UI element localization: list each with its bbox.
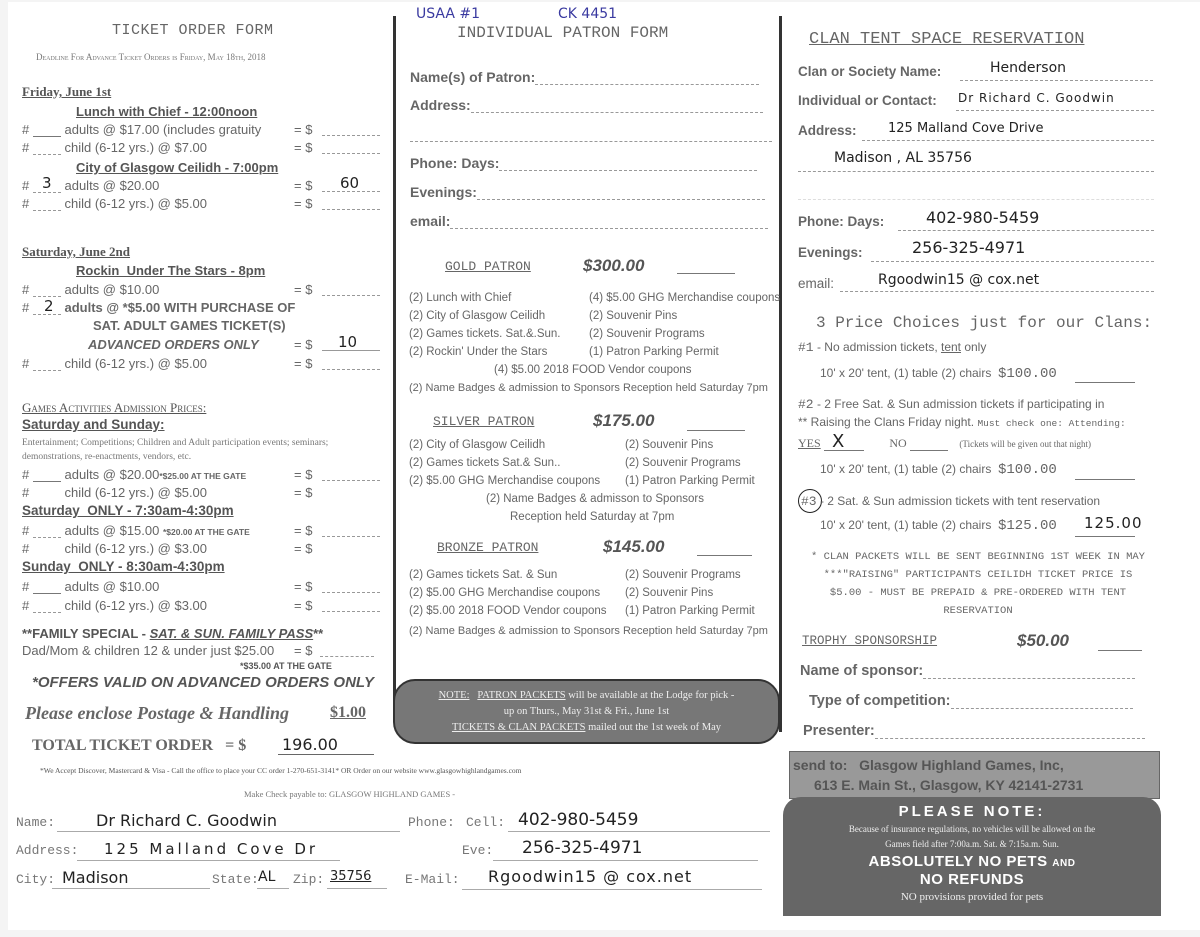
gold-patron-price: $300.00	[583, 256, 644, 276]
competition-type-input[interactable]	[951, 697, 1133, 709]
clan-form-title: CLAN TENT SPACE RESERVATION	[809, 30, 1084, 49]
patron-email-input[interactable]	[450, 217, 768, 229]
patron-name-input[interactable]	[535, 73, 759, 85]
lunch-adults-qty[interactable]	[33, 124, 61, 137]
silver-patron-title: SILVER PATRON	[433, 414, 534, 429]
attending-no-box[interactable]	[910, 437, 948, 451]
patron-address-line2[interactable]	[410, 141, 772, 142]
sunonly-adults-qty[interactable]	[33, 581, 61, 594]
patron-email-field: email:	[410, 213, 768, 229]
family-pass-row: Dad/Mom & children 12 & under just $25.0…	[22, 643, 382, 661]
trophy-title: TROPHY SPONSORSHIP	[802, 634, 937, 648]
contact-email-value[interactable]: Rgoodwin15 @ cox.net	[488, 867, 692, 886]
ceilidh-event: City of Glasgow Ceilidh - 7:00pm	[76, 160, 278, 175]
rockin-child-row: # child (6-12 yrs.) @ $5.00 = $	[22, 356, 382, 374]
satonly-child-row: # child (6-12 yrs.) @ $3.00 = $	[22, 541, 382, 559]
satsun-child-amount[interactable]	[322, 485, 380, 499]
satsun-adults-amount[interactable]	[322, 467, 380, 481]
patron-phone-input[interactable]	[499, 159, 757, 171]
sat-sun-heading: Saturday and Sunday:	[22, 417, 165, 432]
patron-evenings-input[interactable]	[477, 188, 765, 200]
friday-heading: Friday, June 1st	[22, 84, 111, 100]
lunch-child-row: # child (6-12 yrs.) @ $7.00 = $	[22, 140, 382, 158]
choice-1-amount[interactable]	[1075, 382, 1135, 383]
sunonly-child-row: # child (6-12 yrs.) @ $3.00 = $	[22, 598, 382, 616]
contact-state-value[interactable]: AL	[258, 869, 275, 885]
family-special-heading: **FAMILY SPECIAL - SAT. & SUN. FAMILY PA…	[22, 626, 323, 641]
gold-patron-title: GOLD PATRON	[445, 259, 531, 274]
satonly-child-amount[interactable]	[322, 541, 380, 555]
sunonly-adults-row: # adults @ $10.00 = $	[22, 579, 382, 597]
please-note-title: PLEASE NOTE:	[783, 803, 1161, 820]
satonly-adults-amount[interactable]	[322, 523, 380, 537]
silver-patron-amount[interactable]	[687, 430, 745, 431]
bronze-patron-price: $145.00	[603, 537, 664, 557]
total-amount[interactable]: 196.00	[282, 735, 338, 754]
patron-address-input[interactable]	[471, 101, 763, 113]
sunonly-adults-amount[interactable]	[322, 579, 380, 593]
presenter-field: Presenter:	[803, 723, 1145, 739]
choice-2-amount[interactable]	[1075, 479, 1135, 480]
patron-form-title: INDIVIDUAL PATRON FORM	[457, 24, 668, 42]
clan-email-value[interactable]: Rgoodwin15 @ cox.net	[878, 272, 1039, 288]
patron-packets-note: NOTE: PATRON PACKETS will be available a…	[393, 679, 780, 744]
handwritten-check-number: CK 4451	[558, 6, 617, 22]
check-payable-note: Make Check payable to: GLASGOW HIGHLAND …	[244, 789, 455, 799]
clan-contact-value[interactable]: Dr Richard C. Goodwin	[958, 91, 1115, 105]
ceilidh-child-row: # child (6-12 yrs.) @ $5.00 = $	[22, 196, 382, 214]
trophy-price: $50.00	[1017, 631, 1069, 651]
sunonly-child-amount[interactable]	[322, 598, 380, 612]
satonly-adults-row: # adults @ $15.00 *$20.00 AT THE GATE = …	[22, 523, 382, 541]
lunch-adults-amount[interactable]	[322, 122, 380, 136]
bronze-patron-amount[interactable]	[697, 555, 752, 556]
clan-phone-value[interactable]: 402-980-5459	[926, 208, 1039, 227]
ceilidh-child-qty[interactable]	[33, 198, 61, 211]
presenter-input[interactable]	[875, 727, 1145, 739]
contact-city-value[interactable]: Madison	[62, 868, 128, 887]
contact-eve-value[interactable]: 256-325-4971	[522, 838, 642, 858]
saturday-heading: Saturday, June 2nd	[22, 244, 130, 260]
sponsor-name-field: Name of sponsor:	[800, 663, 1135, 679]
choice-3-amount[interactable]: 125.00	[1084, 514, 1143, 532]
rockin-discount-advanced: ADVANCED ORDERS ONLY = $	[22, 337, 382, 355]
sat-only-heading: Saturday_ONLY - 7:30am-4:30pm	[22, 503, 234, 518]
contact-cell-value[interactable]: 402-980-5459	[518, 810, 638, 830]
competition-type-field: Type of competition:	[809, 693, 1133, 709]
choice-2: #2 - 2 Free Sat. & Sun admission tickets…	[798, 397, 1104, 412]
lunch-adults-row: # adults @ $17.00 (includes gratuity = $	[22, 122, 382, 140]
gold-patron-amount[interactable]	[677, 273, 735, 274]
sunonly-child-qty[interactable]	[33, 600, 61, 613]
patron-address-field: Address:	[410, 97, 763, 113]
trophy-amount[interactable]	[1098, 650, 1142, 651]
choice-1: #1 - No admission tickets, tent only	[798, 340, 986, 355]
ceilidh-adults-qty[interactable]: 3	[42, 174, 52, 192]
postage-amount: $1.00	[330, 704, 366, 722]
clan-address-value[interactable]: 125 Malland Cove Drive	[888, 121, 1043, 136]
clan-address-line2[interactable]: Madison , AL 35756	[834, 150, 972, 166]
contact-zip-value[interactable]: 35756	[330, 869, 371, 884]
sponsor-name-input[interactable]	[923, 667, 1135, 679]
ceilidh-child-amount[interactable]	[322, 196, 380, 210]
rockin-child-amount[interactable]	[322, 356, 380, 370]
sat-sun-desc: Entertainment; Competitions; Children an…	[22, 436, 384, 464]
satonly-child-qty[interactable]	[33, 543, 61, 556]
satsun-adults-qty[interactable]	[33, 469, 61, 482]
games-heading: Games Activities Admission Prices:	[22, 400, 206, 416]
sun-only-heading: Sunday_ONLY - 8:30am-4:30pm	[22, 559, 225, 574]
choice-3: #3 - 2 Sat. & Sun admission tickets with…	[801, 494, 1100, 509]
clan-evenings-value[interactable]: 256-325-4971	[912, 238, 1025, 257]
price-choices-title: 3 Price Choices just for our Clans:	[816, 314, 1152, 332]
ticket-form-title: TICKET ORDER FORM	[112, 22, 274, 39]
contact-address-value[interactable]: 125 Malland Cove Dr	[104, 840, 318, 858]
lunch-child-qty[interactable]	[33, 142, 61, 155]
lunch-event: Lunch with Chief - 12:00noon	[76, 104, 257, 119]
rockin-child-qty[interactable]	[33, 358, 61, 371]
ceilidh-adults-row: # adults @ $20.00 = $	[22, 178, 382, 196]
offers-valid-note: *OFFERS VALID ON ADVANCED ORDERS ONLY	[32, 674, 374, 691]
silver-patron-price: $175.00	[593, 411, 654, 431]
handwritten-usaa: USAA #1	[416, 6, 480, 22]
patron-phone-field: Phone: Days:	[410, 155, 757, 171]
payment-note: *We Accept Discover, Mastercard & Visa -…	[40, 766, 522, 775]
send-to-address: send to: Glasgow Highland Games, Inc, 61…	[789, 751, 1160, 799]
rockin-discount-qty[interactable]: 2	[44, 297, 54, 315]
rockin-adults-amount[interactable]	[322, 282, 380, 296]
satsun-child-qty[interactable]	[33, 487, 61, 500]
rockin-adults-qty[interactable]	[33, 284, 61, 297]
clan-name-value[interactable]: Henderson	[990, 60, 1066, 76]
family-gate-price: *$35.00 AT THE GATE	[240, 661, 332, 671]
lunch-child-amount[interactable]	[322, 140, 380, 154]
satsun-adults-row: # adults @ $20.00*$25.00 AT THE GATE = $	[22, 467, 382, 485]
clan-packets-note: * CLAN PACKETS WILL BE SENT BEGINNING 1S…	[800, 548, 1156, 620]
patron-evenings-field: Evenings:	[410, 184, 765, 200]
column-divider-right	[779, 16, 782, 732]
rockin-discount-row: # adults @ *$5.00 WITH PURCHASE OF	[22, 300, 382, 318]
total-ticket-order: TOTAL TICKET ORDER = $	[32, 737, 246, 755]
column-divider-left	[393, 16, 396, 716]
contact-name-value[interactable]: Dr Richard C. Goodwin	[96, 811, 277, 830]
family-pass-amount[interactable]	[320, 643, 374, 657]
rockin-adults-row: # adults @ $10.00 = $	[22, 282, 382, 300]
ceilidh-adults-amount[interactable]: 60	[340, 174, 359, 192]
rockin-event: Rockin_Under The Stars - 8pm	[76, 263, 265, 278]
satsun-child-row: # child (6-12 yrs.) @ $5.00 = $	[22, 485, 382, 503]
patron-name-field: Name(s) of Patron:	[410, 69, 759, 85]
satonly-adults-qty[interactable]	[33, 525, 61, 538]
rockin-discount-amount[interactable]: 10	[338, 333, 357, 351]
attending-yes-mark[interactable]: X	[832, 431, 844, 452]
postage-label: Please enclose Postage & Handling	[25, 703, 289, 724]
please-note-box: PLEASE NOTE: Because of insurance regula…	[783, 797, 1161, 916]
bronze-patron-title: BRONZE PATRON	[437, 540, 538, 555]
deadline-note: Deadline For Advance Ticket Orders is Fr…	[36, 52, 266, 62]
